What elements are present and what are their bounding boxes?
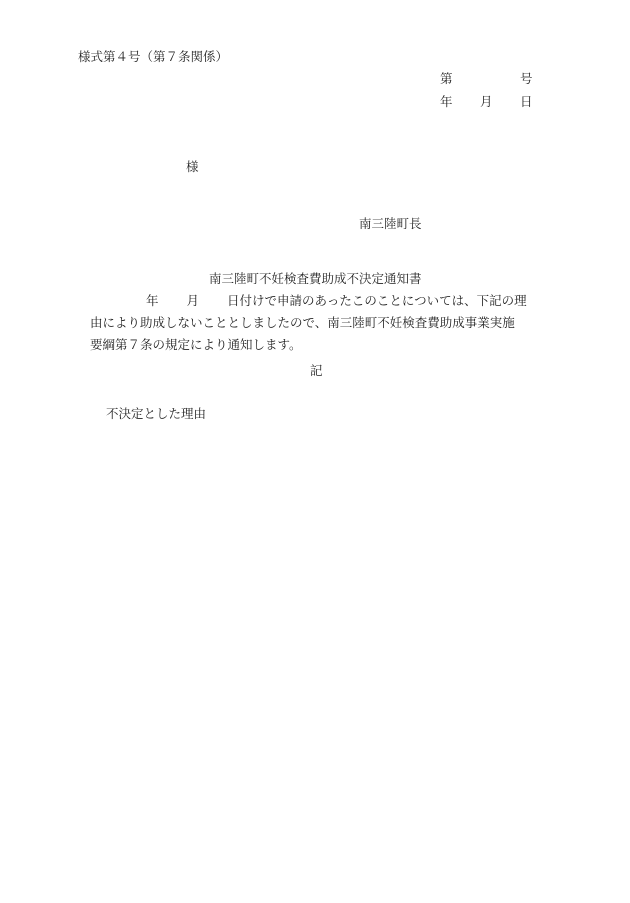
document-number-prefix: 第 — [440, 73, 453, 86]
addressee-suffix: 様 — [186, 161, 199, 174]
date-year: 年 — [440, 96, 453, 109]
body-line-1: 年月日付けで申請のあったこのことについては、下記の理 — [90, 290, 550, 312]
ki-heading: 記 — [310, 365, 323, 378]
document-number-suffix: 号 — [520, 73, 533, 86]
document-title: 南三陸町不妊検査費助成不決定通知書 — [209, 273, 422, 286]
body-line-3: 要綱第７条の規定により通知します。 — [90, 334, 550, 356]
date-month: 月 — [480, 96, 493, 109]
body-month: 月 — [187, 293, 200, 308]
sender-name: 南三陸町長 — [359, 218, 422, 231]
date-day: 日 — [520, 96, 533, 109]
reason-label: 不決定とした理由 — [106, 408, 206, 421]
body-paragraph: 年月日付けで申請のあったこのことについては、下記の理 由により助成しないこととし… — [90, 290, 550, 356]
body-line-2: 由により助成しないこととしましたので、南三陸町不妊検査費助成事業実施 — [90, 312, 550, 334]
form-label: 様式第４号（第７条関係） — [78, 51, 228, 64]
body-year: 年 — [146, 293, 159, 308]
body-line-1-text: 日付けで申請のあったこのことについては、下記の理 — [227, 293, 527, 308]
